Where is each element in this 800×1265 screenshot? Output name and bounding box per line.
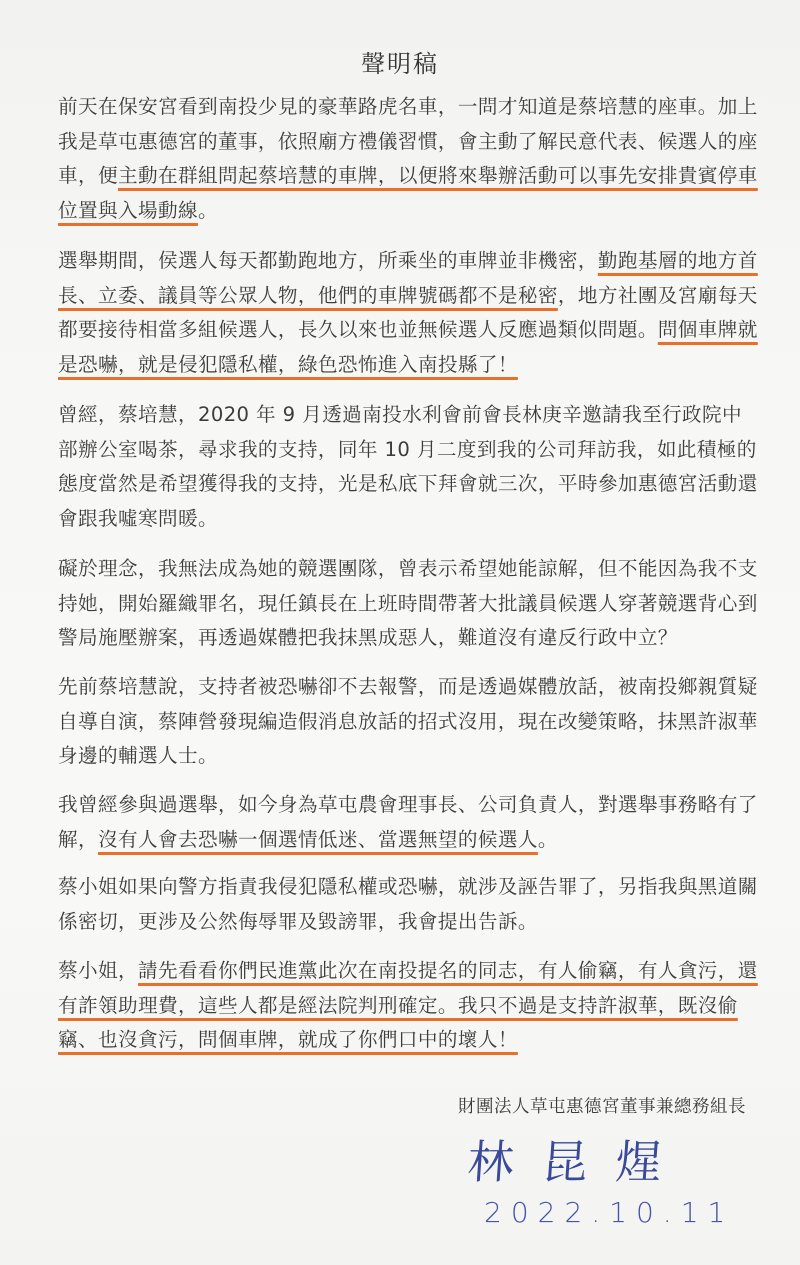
underlined-text-segment: 請先看看你們民進黨此次在南投提名的同志，有人偷竊，有人貪污，還有詐領助理費，這些… [58, 959, 758, 1051]
underlined-text-segment: 主動在群組問起蔡培慧的車牌，以便將來舉辦活動可以事先安排貴賓停車位置與入場動線 [58, 164, 758, 222]
text-segment: 。 [198, 199, 218, 222]
underlined-text-segment: 沒有人會去恐嚇一個選情低迷、當選無望的候選人 [98, 828, 538, 851]
handwritten-signature: 林昆煋 [466, 1126, 693, 1192]
paragraph-5: 先前蔡培慧說，支持者被恐嚇卻不去報警，而是透過媒體放話，被南投鄉親質疑自導自演，… [58, 670, 758, 774]
text-segment: 選舉期間，侯選人每天都勤跑地方，所乘坐的車牌並非機密， [58, 249, 598, 272]
paragraph-8: 蔡小姐，請先看看你們民進黨此次在南投提名的同志，有人偷竊，有人貪污，還有詐領助理… [58, 954, 758, 1058]
signer-title: 財團法人草屯惠德宮董事兼總務組長 [458, 1093, 746, 1118]
handwritten-date: 2022.10.11 [484, 1196, 734, 1229]
paragraph-6: 我曾經參與過選舉，如今身為草屯農會理事長、公司負責人，對選舉事務略有了解，沒有人… [58, 788, 758, 857]
paragraph-4: 礙於理念，我無法成為她的競選團隊，曾表示希望她能諒解，但不能因為我不支持她，開始… [58, 552, 758, 656]
document-title: 聲明稿 [0, 44, 800, 79]
text-segment: 礙於理念，我無法成為她的競選團隊，曾表示希望她能諒解，但不能因為我不支持她，開始… [58, 557, 758, 649]
document-page: 聲明稿 前天在保安宮看到南投少見的豪華路虎名車，一問才知道是蔡培慧的座車。加上我… [0, 0, 800, 1265]
text-segment: 先前蔡培慧說，支持者被恐嚇卻不去報警，而是透過媒體放話，被南投鄉親質疑自導自演，… [58, 675, 758, 767]
text-segment: 蔡小姐如果向警方指責我侵犯隱私權或恐嚇，就涉及誣告罪了，另指我與黑道關係密切，更… [58, 875, 758, 933]
text-segment: 。 [538, 828, 558, 851]
paragraph-2: 選舉期間，侯選人每天都勤跑地方，所乘坐的車牌並非機密，勤跑基層的地方首長、立委、… [58, 244, 758, 382]
paragraph-7: 蔡小姐如果向警方指責我侵犯隱私權或恐嚇，就涉及誣告罪了，另指我與黑道關係密切，更… [58, 870, 758, 939]
paragraph-3: 曾經，蔡培慧，2020 年 9 月透過南投水利會前會長林庚辛邀請我至行政院中部辦… [58, 398, 758, 536]
text-segment: 曾經，蔡培慧，2020 年 9 月透過南投水利會前會長林庚辛邀請我至行政院中部辦… [58, 403, 758, 530]
text-segment: 蔡小姐， [58, 959, 138, 982]
paragraph-1: 前天在保安宮看到南投少見的豪華路虎名車，一問才知道是蔡培慧的座車。加上我是草屯惠… [58, 90, 758, 228]
